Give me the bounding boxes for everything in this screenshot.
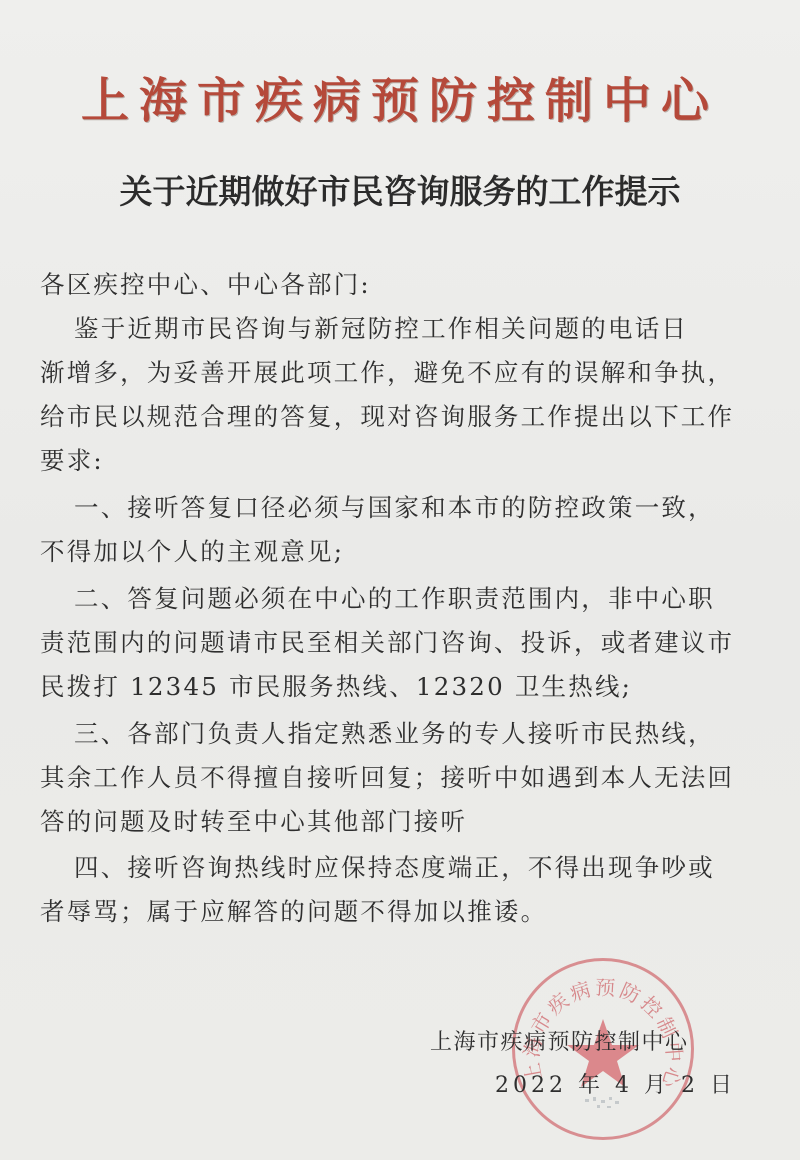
document-title: 关于近期做好市民咨询服务的工作提示 [0,166,800,213]
item-2-line: 二、答复问题必须在中心的工作职责范围内，非中心职 [74,580,715,615]
item-4-line: 四、接听咨询热线时应保持态度端正，不得出现争吵或 [74,849,715,884]
signature-organization: 上海市疾病预防控制中心 [430,1025,689,1056]
paragraph-line: 渐增多，为妥善开展此项工作，避免不应有的误解和争执， [40,354,734,389]
item-2-line: 民拨打 12345 市民服务热线、12320 卫生热线; [40,668,632,703]
organization-header: 上海市疾病预防控制中心 [0,62,800,131]
item-1-line: 一、接听答复口径必须与国家和本市的防控政策一致， [74,489,715,524]
item-3-line: 答的问题及时转至中心其他部门接听 [40,803,467,838]
paragraph-line: 要求: [40,442,104,477]
paragraph-line: 给市民以规范合理的答复，现对咨询服务工作提出以下工作 [40,398,734,433]
item-1-line: 不得加以个人的主观意见; [40,533,344,568]
signature-date: 2022 年 4 月 2 日 [495,1068,736,1099]
paragraph-line: 鉴于近期市民咨询与新冠防控工作相关问题的电话日 [74,310,688,345]
item-4-line: 者辱骂；属于应解答的问题不得加以推诿。 [40,893,547,928]
item-3-line: 三、各部门负责人指定熟悉业务的专人接听市民热线， [74,715,715,750]
item-3-line: 其余工作人员不得擅自接听回复；接听中如遇到本人无法回 [40,759,734,794]
item-2-line: 责范围内的问题请市民至相关部门咨询、投诉，或者建议市 [40,624,734,659]
salutation: 各区疾控中心、中心各部门: [40,266,371,301]
document-page: 上海市疾病预防控制中心 关于近期做好市民咨询服务的工作提示 各区疾控中心、中心各… [0,0,800,1160]
